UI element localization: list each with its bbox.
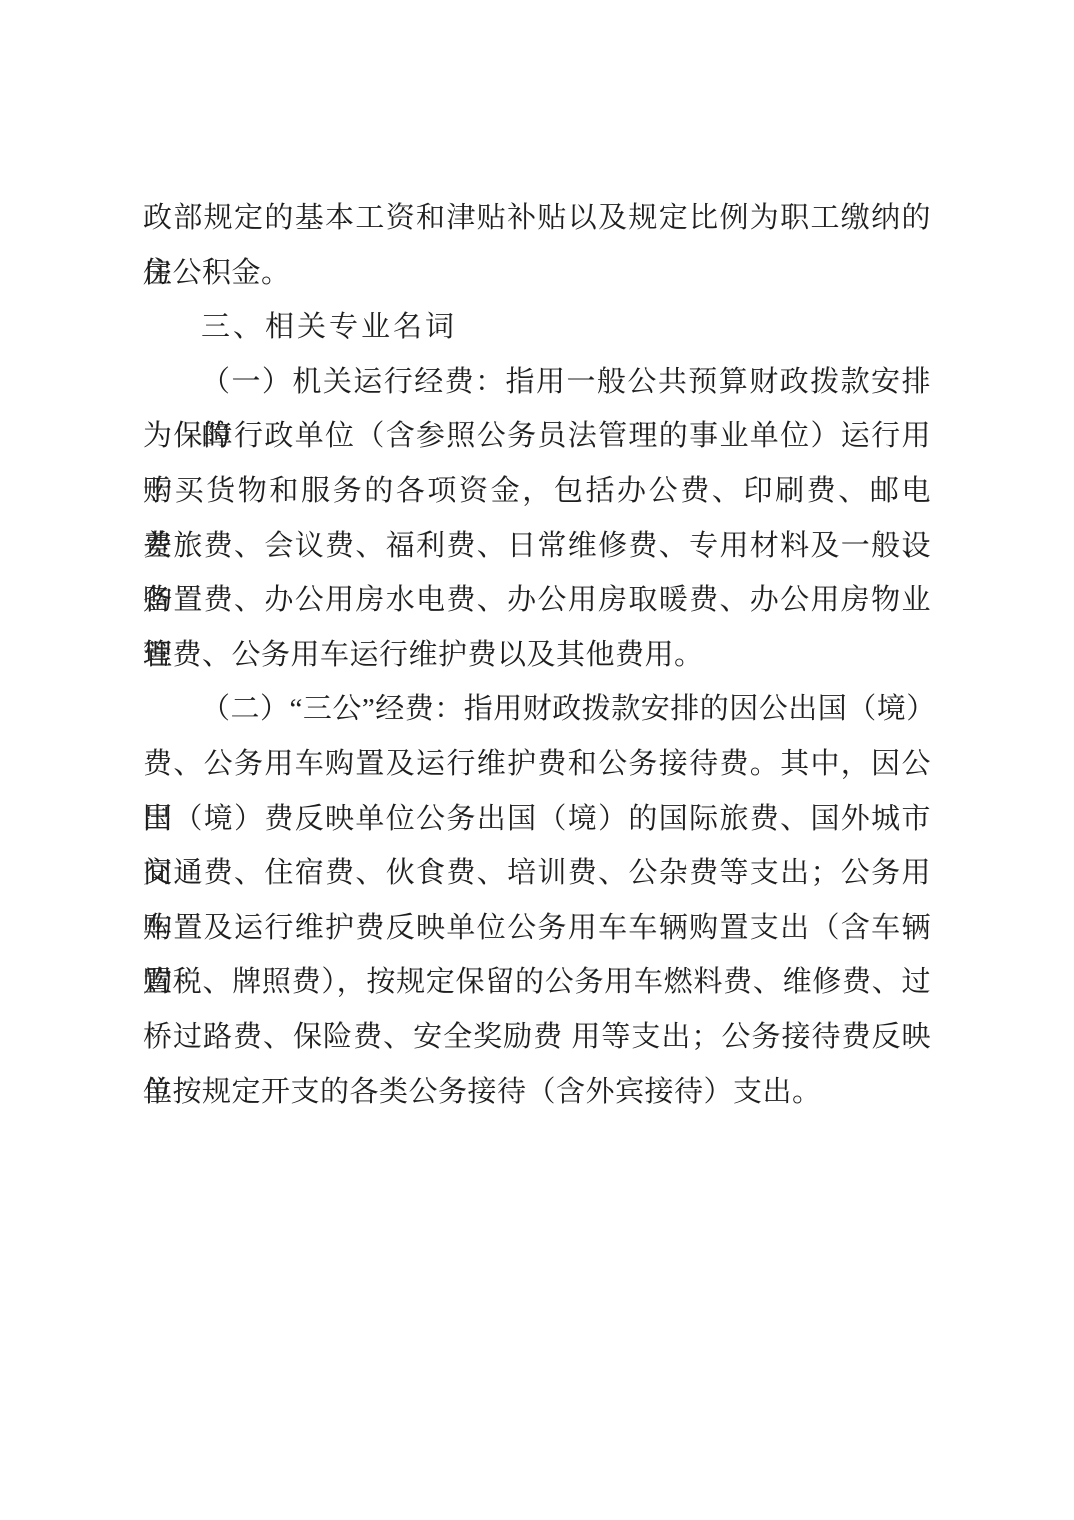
document-text-block: 政部规定的基本工资和津贴补贴以及规定比例为职工缴纳的住 房公积金。 三、相关专业…	[143, 191, 931, 1119]
document-page: 政部规定的基本工资和津贴补贴以及规定比例为职工缴纳的住 房公积金。 三、相关专业…	[0, 0, 1074, 1520]
document-line: 交通费、住宿费、伙食费、培训费、公杂费等支出；公务用车	[143, 846, 931, 901]
document-line: 费、公务用车购置及运行维护费和公务接待费。其中，因公出	[143, 737, 931, 792]
document-line: 差旅费、会议费、福利费、日常维修费、专用材料及一般设备	[143, 519, 931, 574]
document-line: 置税、牌照费），按规定保留的公务用车燃料费、维修费、过	[143, 955, 931, 1010]
document-line: 政部规定的基本工资和津贴补贴以及规定比例为职工缴纳的住	[143, 191, 931, 246]
document-line: 房公积金。	[143, 246, 931, 301]
document-line: 购买货物和服务的各项资金，包括办公费、印刷费、邮电费、	[143, 464, 931, 519]
document-line: （二）“三公”经费：指用财政拨款安排的因公出国（境）	[143, 682, 931, 737]
document-line: 桥过路费、保险费、安全奖励费 用等支出；公务接待费反映单	[143, 1010, 931, 1065]
document-line: 购置费、办公用房水电费、办公用房取暖费、办公用房物业管	[143, 573, 931, 628]
document-line: 国（境）费反映单位公务出国（境）的国际旅费、国外城市间	[143, 792, 931, 847]
document-line: 为保障行政单位（含参照公务员法管理的事业单位）运行用于	[143, 409, 931, 464]
section-heading: 三、相关专业名词	[143, 300, 931, 355]
document-line: （一）机关运行经费：指用一般公共预算财政拨款安排的	[143, 355, 931, 410]
document-line: 购置及运行维护费反映单位公务用车车辆购置支出（含车辆购	[143, 901, 931, 956]
document-line: 位按规定开支的各类公务接待（含外宾接待）支出。	[143, 1065, 931, 1120]
document-line: 理费、公务用车运行维护费以及其他费用。	[143, 628, 931, 683]
